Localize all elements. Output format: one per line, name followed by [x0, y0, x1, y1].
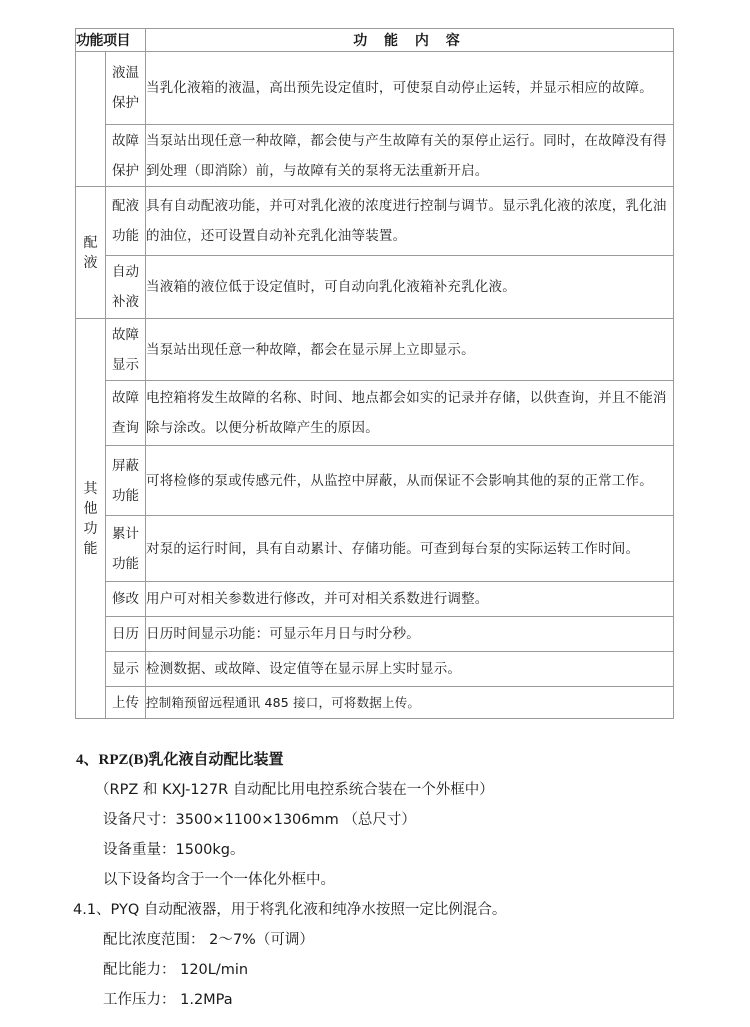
section-4-note: （RPZ 和 KXJ-127R 自动配比用电控系统合装在一个外框中） — [95, 778, 494, 799]
group-label-protection — [76, 52, 106, 187]
table-row: 显示 检测数据、或故障、设定值等在显示屏上实时显示。 — [76, 652, 674, 687]
row-item: 故障查询 — [106, 381, 146, 446]
section-4-1-title: 4.1、PYQ 自动配液器，用于将乳化液和纯净水按照一定比例混合。 — [73, 898, 506, 919]
row-desc: 控制箱预留远程通讯 485 接口，可将数据上传。 — [146, 687, 674, 719]
row-desc: 当泵站出现任意一种故障，都会使与产生故障有关的泵停止运行。同时，在故障没有得 到… — [146, 125, 674, 187]
ratio-capacity: 配比能力： 120L/min — [103, 958, 248, 979]
row-item: 修改 — [106, 582, 146, 617]
equipment-size: 设备尺寸：3500×1100×1306mm （总尺寸） — [103, 808, 416, 829]
table-row: 累计功能 对泵的运行时间，具有自动累计、存储功能。可查到每台泵的实际运转工作时间… — [76, 516, 674, 582]
table-row: 故障查询 电控箱将发生故障的名称、时间、地点都会如实的记录并存储，以供查询，并且… — [76, 381, 674, 446]
row-desc: 日历时间显示功能：可显示年月日与时分秒。 — [146, 617, 674, 652]
group-label-dosing: 配液 — [76, 187, 106, 319]
group-label-other: 其他功能 — [76, 319, 106, 719]
ratio-range: 配比浓度范围： 2～7%（可调） — [103, 928, 314, 949]
table-row: 其他功能 故障显示 当泵站出现任意一种故障，都会在显示屏上立即显示。 — [76, 319, 674, 381]
table-row: 液温保护 当乳化液箱的液温，高出预先设定值时，可使泵自动停止运转，并显示相应的故… — [76, 52, 674, 125]
table-header-row: 功能项目 功 能 内 容 — [76, 29, 674, 52]
row-desc: 电控箱将发生故障的名称、时间、地点都会如实的记录并存储，以供查询，并且不能消 除… — [146, 381, 674, 446]
equipment-included: 以下设备均含于一个一体化外框中。 — [103, 868, 335, 889]
row-item: 日历 — [106, 617, 146, 652]
row-desc: 用户可对相关参数进行修改，并可对相关系数进行调整。 — [146, 582, 674, 617]
row-item: 显示 — [106, 652, 146, 687]
row-desc: 检测数据、或故障、设定值等在显示屏上实时显示。 — [146, 652, 674, 687]
row-desc: 当液箱的液位低于设定值时，可自动向乳化液箱补充乳化液。 — [146, 256, 674, 319]
table-row: 上传 控制箱预留远程通讯 485 接口，可将数据上传。 — [76, 687, 674, 719]
section-4-title: 4、RPZ(B)乳化液自动配比装置 — [76, 748, 284, 769]
row-item: 上传 — [106, 687, 146, 719]
row-item: 故障显示 — [106, 319, 146, 381]
row-item: 自动补液 — [106, 256, 146, 319]
header-function-item: 功能项目 — [76, 29, 146, 52]
row-item: 故障保护 — [106, 125, 146, 187]
row-desc: 具有自动配液功能，并可对乳化液的浓度进行控制与调节。显示乳化液的浓度，乳化油 的… — [146, 187, 674, 256]
row-item: 配液功能 — [106, 187, 146, 256]
table-row: 自动补液 当液箱的液位低于设定值时，可自动向乳化液箱补充乳化液。 — [76, 256, 674, 319]
table-row: 修改 用户可对相关参数进行修改，并可对相关系数进行调整。 — [76, 582, 674, 617]
working-pressure: 工作压力： 1.2MPa — [103, 988, 233, 1009]
function-table: 功能项目 功 能 内 容 液温保护 当乳化液箱的液温，高出预先设定值时，可使泵自… — [75, 28, 674, 719]
row-item: 累计功能 — [106, 516, 146, 582]
row-desc: 当乳化液箱的液温，高出预先设定值时，可使泵自动停止运转，并显示相应的故障。 — [146, 52, 674, 125]
table-row: 屏蔽功能 可将检修的泵或传感元件，从监控中屏蔽，从而保证不会影响其他的泵的正常工… — [76, 446, 674, 516]
header-function-content: 功 能 内 容 — [146, 29, 674, 52]
table-row: 故障保护 当泵站出现任意一种故障，都会使与产生故障有关的泵停止运行。同时，在故障… — [76, 125, 674, 187]
table-row: 日历 日历时间显示功能：可显示年月日与时分秒。 — [76, 617, 674, 652]
row-desc: 对泵的运行时间，具有自动累计、存储功能。可查到每台泵的实际运转工作时间。 — [146, 516, 674, 582]
row-desc: 可将检修的泵或传感元件，从监控中屏蔽，从而保证不会影响其他的泵的正常工作。 — [146, 446, 674, 516]
row-item: 液温保护 — [106, 52, 146, 125]
equipment-weight: 设备重量：1500kg。 — [103, 838, 245, 859]
table-row: 配液 配液功能 具有自动配液功能，并可对乳化液的浓度进行控制与调节。显示乳化液的… — [76, 187, 674, 256]
row-desc: 当泵站出现任意一种故障，都会在显示屏上立即显示。 — [146, 319, 674, 381]
row-item: 屏蔽功能 — [106, 446, 146, 516]
